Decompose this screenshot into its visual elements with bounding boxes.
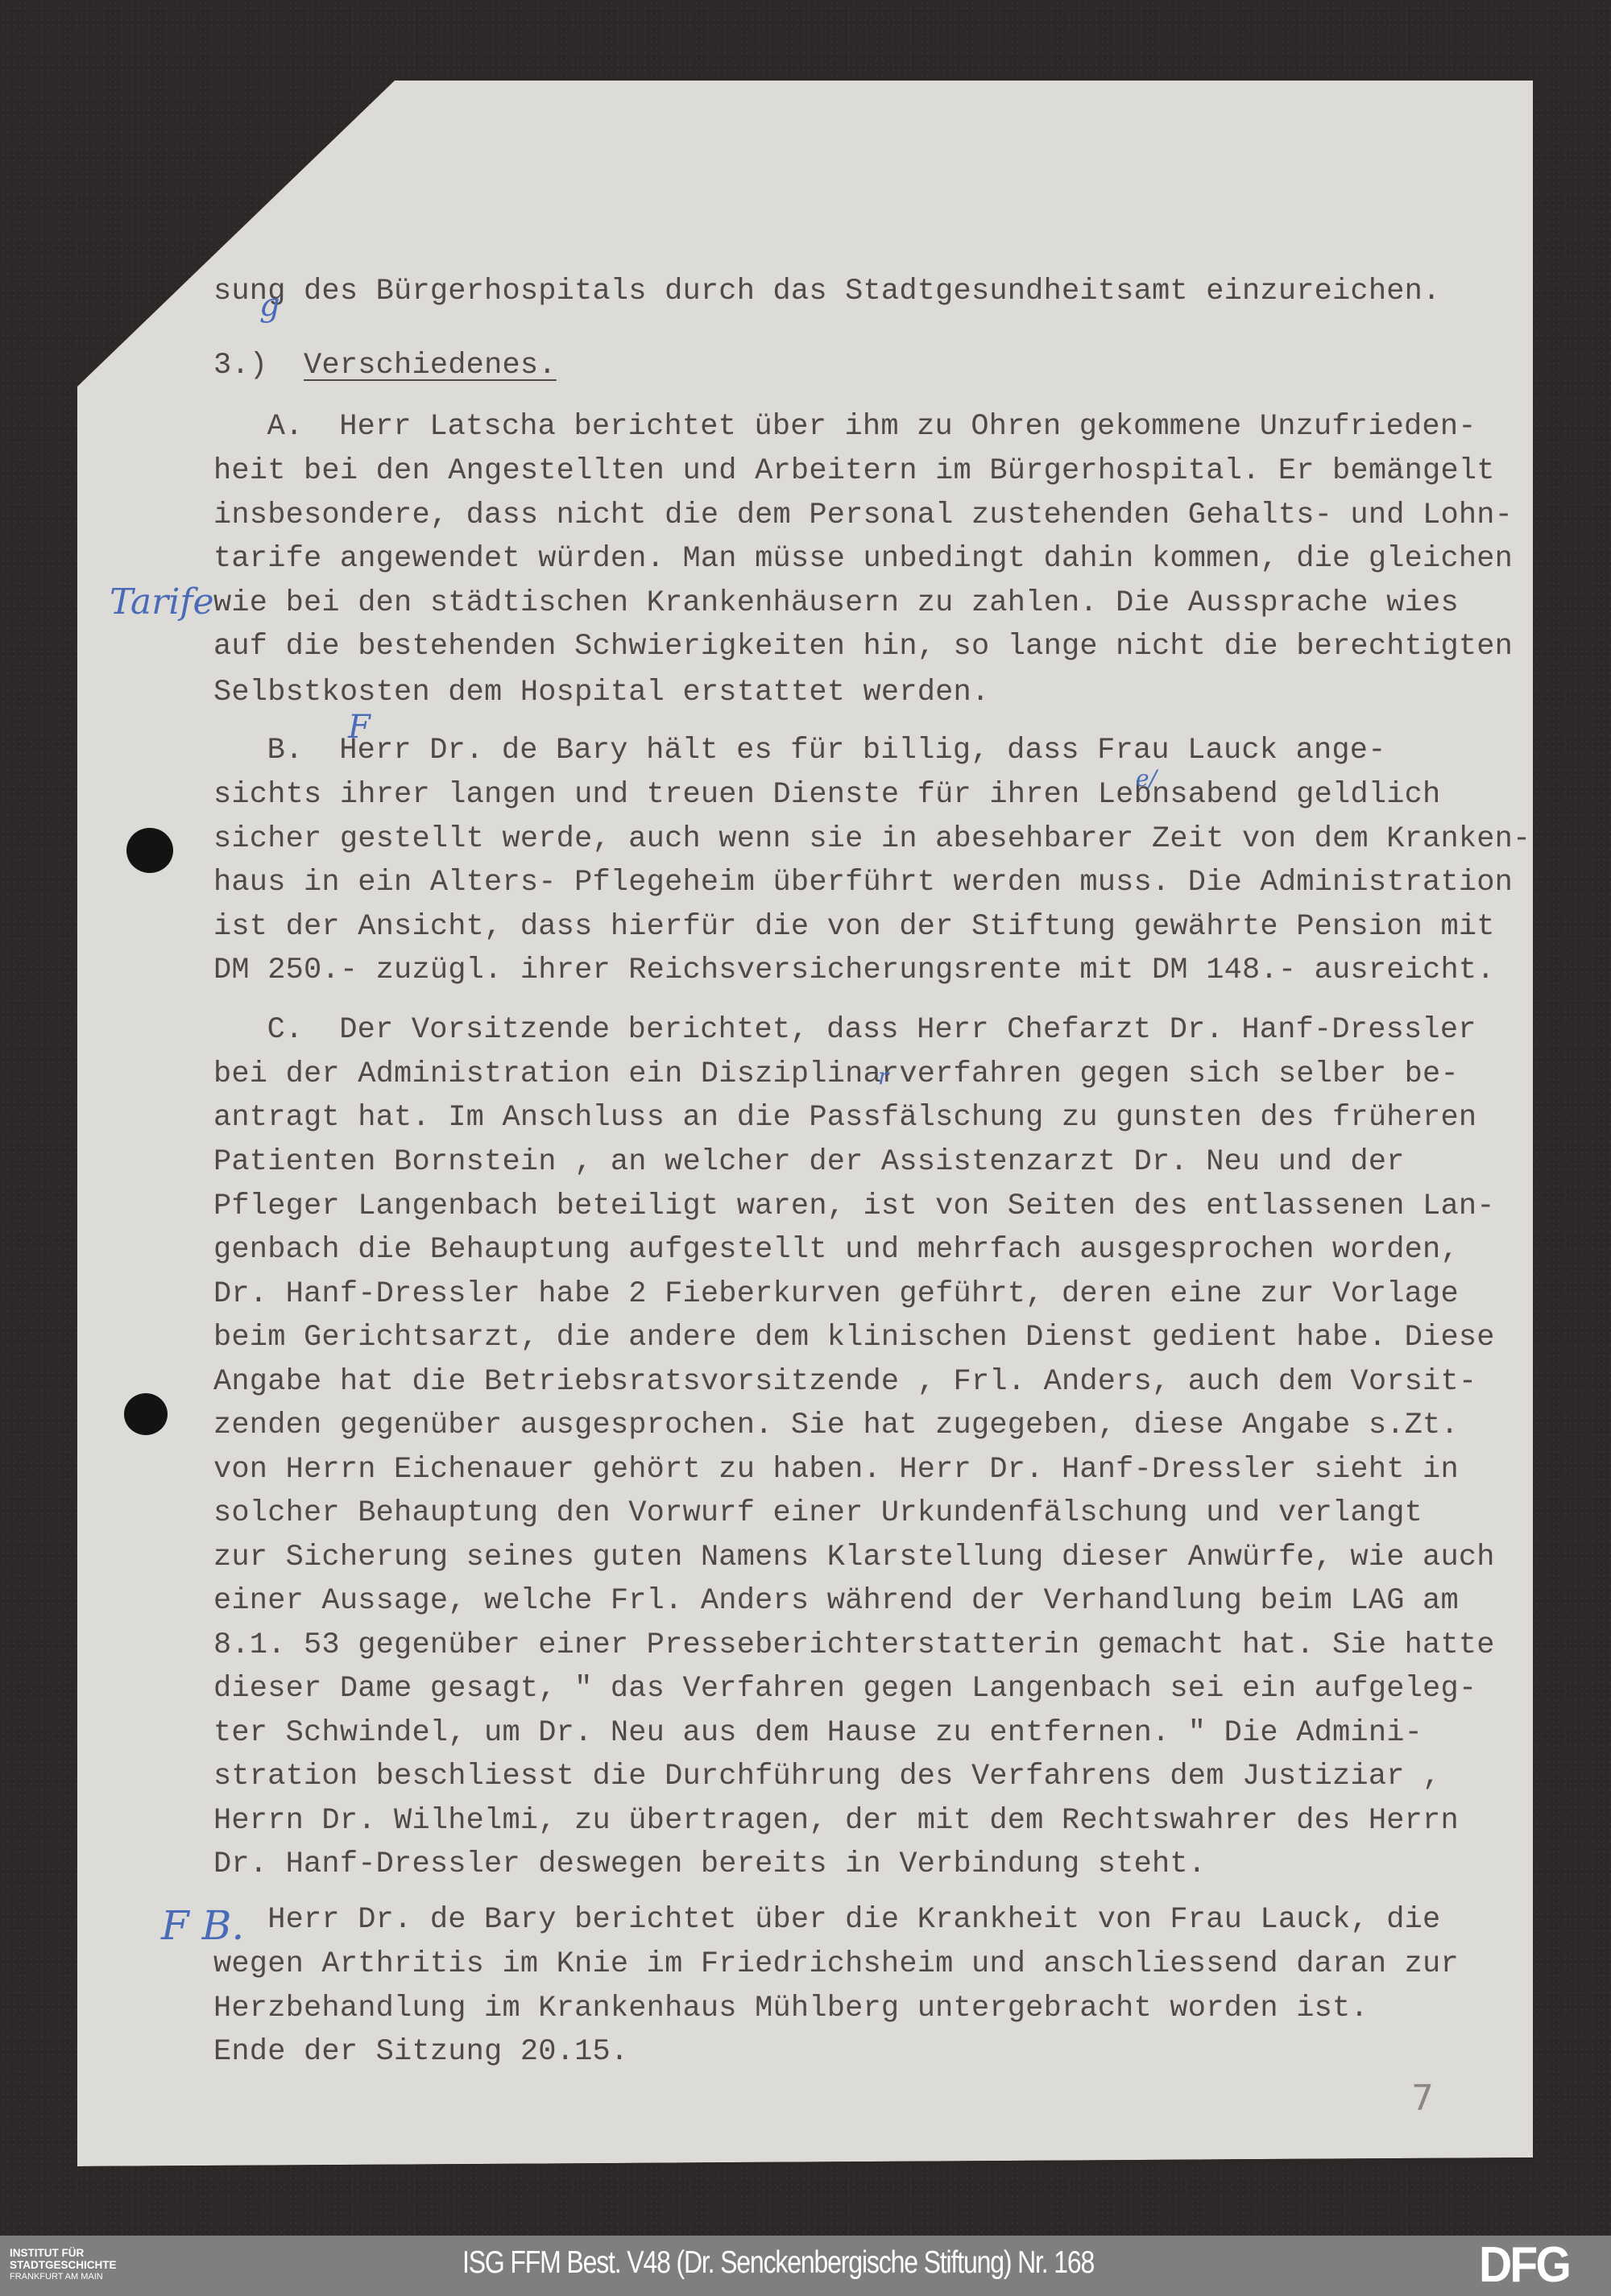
text-line: zenden gegenüber ausgesprochen. Sie hat …	[213, 1408, 1459, 1443]
text-line: auf die bestehenden Schwierigkeiten hin,…	[213, 629, 1513, 664]
text-line: sichts ihrer langen und treuen Dienste f…	[213, 777, 1440, 813]
text-line: sicher gestellt werde, auch wenn sie in …	[213, 821, 1530, 857]
text-line: Patienten Bornstein , an welcher der Ass…	[213, 1144, 1405, 1180]
text-line: Pfleger Langenbach beteiligt waren, ist …	[213, 1189, 1495, 1224]
text-line: von Herrn Eichenauer gehört zu haben. He…	[213, 1452, 1459, 1487]
page-number: 7	[1411, 2078, 1434, 2119]
text-line: Herr Dr. de Bary berichtet über die Kran…	[213, 1902, 1440, 1938]
text-line: Herrn Dr. Wilhelmi, zu übertragen, der m…	[213, 1803, 1459, 1839]
text-line: tarife angewendet würden. Man müsse unbe…	[213, 541, 1513, 577]
punch-hole-icon	[124, 1393, 168, 1435]
text-line: wie bei den städtischen Krankenhäusern z…	[213, 585, 1459, 621]
text-line: sung des Bürgerhospitals durch das Stadt…	[213, 274, 1440, 309]
text-line: wegen Arthritis im Knie im Friedrichshei…	[213, 1946, 1459, 1982]
text-line: dieser Dame gesagt, " das Verfahren gege…	[213, 1671, 1476, 1706]
text-line: Selbstkosten dem Hospital erstattet werd…	[213, 675, 989, 710]
text-line: ter Schwindel, um Dr. Neu aus dem Hause …	[213, 1715, 1423, 1751]
text-line: Dr. Hanf-Dressler deswegen bereits in Ve…	[213, 1847, 1206, 1882]
archive-reference: ISG FFM Best. V48 (Dr. Senckenbergische …	[462, 2245, 1094, 2281]
dfg-logo: DFG	[1479, 2240, 1569, 2290]
text-line: einer Aussage, welche Frl. Anders währen…	[213, 1583, 1459, 1619]
text-line: insbesondere, dass nicht die dem Persona…	[213, 498, 1513, 533]
text-line: A. Herr Latscha berichtet über ihm zu Oh…	[267, 409, 1476, 445]
text-line: heit bei den Angestellten und Arbeitern …	[213, 453, 1495, 489]
text-line: bei der Administration ein Disziplinarve…	[213, 1057, 1459, 1092]
handwritten-insert-e: e/	[1136, 765, 1157, 792]
handwritten-insert-r: r	[878, 1063, 888, 1090]
section-heading: Verschiedenes.	[304, 349, 557, 383]
text-line: Herzbehandlung im Krankenhaus Mühlberg u…	[213, 1991, 1369, 2026]
text-line: Angabe hat die Betriebsratsvorsitzende ,…	[213, 1364, 1476, 1400]
text-line: 3.) Verschiedenes.	[213, 348, 557, 383]
punch-hole-icon	[126, 828, 173, 873]
text-line: beim Gerichtsarzt, die andere dem klinis…	[213, 1320, 1495, 1355]
margin-note-tarife: Tarife	[110, 581, 214, 623]
handwritten-mark-fb: F B.	[161, 1902, 244, 1949]
handwritten-insert-g: g	[259, 287, 280, 324]
text-line: antragt hat. Im Anschluss an die Passfäl…	[213, 1100, 1476, 1136]
text-line: ist der Ansicht, dass hierfür die von de…	[213, 909, 1495, 945]
text-line: DM 250.- zuzügl. ihrer Reichsversicherun…	[213, 953, 1495, 988]
handwritten-mark-b: F	[348, 709, 371, 746]
text-line: Ende der Sitzung 20.15.	[213, 2034, 628, 2070]
text-line: 8.1. 53 gegenüber einer Presseberichters…	[213, 1628, 1495, 1663]
text-line: stration beschliesst die Durchführung de…	[213, 1759, 1440, 1794]
text-line: haus in ein Alters- Pflegeheim überführt…	[213, 865, 1513, 900]
text-line: solcher Behauptung den Vorwurf einer Urk…	[213, 1496, 1423, 1531]
text-line: B. Herr Dr. de Bary hält es für billig, …	[267, 733, 1386, 768]
text-line: genbach die Behauptung aufgestellt und m…	[213, 1232, 1459, 1268]
institution-logo: INSTITUT FÜR STADTGESCHICHTE FRANKFURT A…	[10, 2247, 117, 2283]
archive-footer: INSTITUT FÜR STADTGESCHICHTE FRANKFURT A…	[0, 2236, 1611, 2296]
text-line: C. Der Vorsitzende berichtet, dass Herr …	[267, 1012, 1476, 1048]
text-line: Dr. Hanf-Dressler habe 2 Fieberkurven ge…	[213, 1276, 1459, 1312]
text-line: zur Sicherung seines guten Namens Klarst…	[213, 1540, 1495, 1575]
